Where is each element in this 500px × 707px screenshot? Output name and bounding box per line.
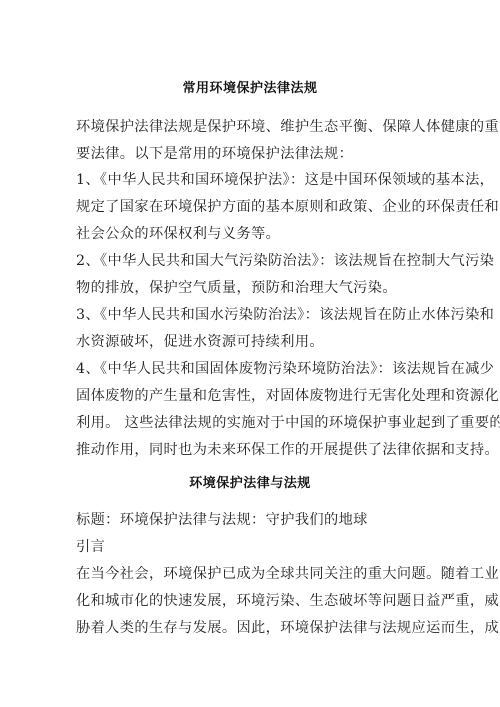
paragraph-line: 在当今社会，环境保护已成为全球共同关注的重大问题。随着工业 (76, 565, 421, 583)
list-item-line: 社会公众的环保权利与义务等。 (76, 225, 421, 243)
list-item-line: 物的排放，保护空气质量，预防和治理大气污染。 (76, 279, 421, 297)
list-item-line: 水资源破坏，促进水资源可持续利用。 (76, 333, 421, 351)
paragraph-line: 化和城市化的快速发展，环境污染、生态破坏等问题日益严重，威 (76, 592, 421, 610)
section-title-common-laws: 常用环境保护法律法规 (0, 77, 500, 96)
subtitle-line: 标题：环境保护法律与法规：守护我们的地球 (76, 511, 421, 529)
document-page: 常用环境保护法律法规 环境保护法律法规是保护环境、维护生态平衡、保障人体健康的重… (0, 0, 500, 707)
list-item-line: 2、《中华人民共和国大气污染防治法》：该法规旨在控制大气污染 (76, 252, 421, 270)
paragraph-line: 要法律。以下是常用的环境保护法律法规： (76, 145, 421, 163)
paragraph-line: 环境保护法律法规是保护环境、维护生态平衡、保障人体健康的重 (76, 118, 421, 136)
section-title-env-law: 环境保护法律与法规 (0, 472, 500, 491)
intro-heading: 引言 (76, 538, 421, 556)
list-item-line: 3、《中华人民共和国水污染防治法》：该法规旨在防止水体污染和 (76, 306, 421, 324)
list-item-line: 固体废物的产生量和危害性，对固体废物进行无害化处理和资源化 (76, 387, 421, 405)
list-item-line: 1、《中华人民共和国环境保护法》：这是中国环保领域的基本法， (76, 171, 421, 189)
paragraph-line: 推动作用，同时也为未来环保工作的开展提供了法律依据和支持。 (76, 441, 421, 459)
list-item-line: 规定了国家在环境保护方面的基本原则和政策、企业的环保责任和 (76, 198, 421, 216)
list-item-line: 4、《中华人民共和国固体废物污染环境防治法》：该法规旨在减少 (76, 360, 421, 378)
paragraph-line: 胁着人类的生存与发展。因此，环境保护法律与法规应运而生，成 (76, 619, 421, 637)
paragraph-line: 利用。 这些法律法规的实施对于中国的环境保护事业起到了重要的 (76, 414, 421, 432)
